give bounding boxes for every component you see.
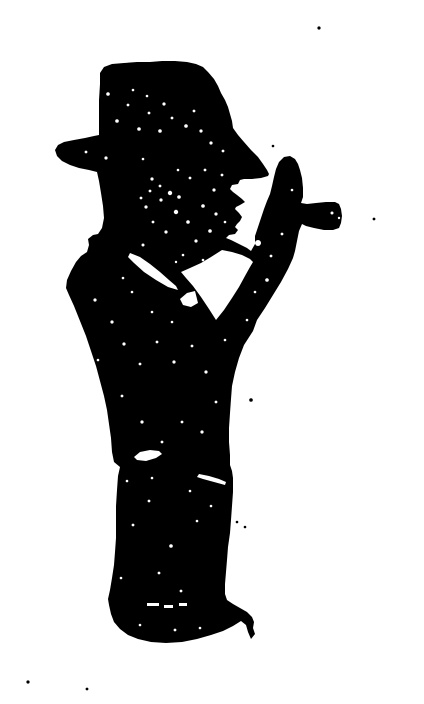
white-speck [120,577,123,580]
white-speck [254,291,257,294]
white-speck [215,401,218,404]
black-speck [26,680,29,683]
white-speck [184,124,188,128]
white-speck [208,229,212,233]
white-speck [174,629,177,632]
white-speck [140,197,143,200]
white-speck [168,191,172,195]
white-speck [199,627,202,630]
white-speck [144,205,147,208]
white-speck [159,198,162,201]
white-speck [221,174,224,177]
white-speck [122,342,125,345]
silhouette-svg [0,0,424,704]
white-speck [224,339,227,342]
white-speck [338,217,340,219]
white-speck [151,477,154,480]
white-speck [93,298,96,301]
white-speck [180,590,183,593]
white-speck [132,89,135,92]
white-speck [189,177,192,180]
white-speck [204,370,207,373]
white-speck [121,395,124,398]
white-speck [191,345,194,348]
white-speck [175,261,177,263]
white-speck [181,421,184,424]
white-speck [152,221,155,224]
white-speck [164,230,167,233]
white-speck [194,239,197,242]
black-speck [249,398,253,402]
white-speck [214,212,217,215]
white-speck [146,95,149,98]
white-speck [201,204,205,208]
scanned-illustration [0,0,424,704]
white-speck [150,177,153,180]
white-speck [159,185,162,188]
white-speck [177,169,180,172]
white-speck [189,490,192,493]
white-speck [148,112,151,115]
white-speck [209,141,212,144]
white-speck [139,624,142,627]
white-speck [142,244,145,247]
white-speck [171,117,174,120]
white-speck [106,92,110,96]
white-speck [151,311,154,314]
white-speck [196,520,199,523]
white-speck [174,210,178,214]
white-speck [110,320,113,323]
black-speck [86,688,89,691]
white-speck [122,277,125,280]
white-speck [171,321,174,324]
white-speck [172,360,175,363]
white-speck [139,363,142,366]
white-speck [270,255,273,258]
white-speck [177,195,181,199]
white-speck [148,500,151,503]
white-speck [115,119,119,123]
white-speck [186,220,190,224]
black-speck [317,26,320,29]
white-speck [199,129,202,132]
white-speck [222,150,225,153]
white-speck [200,430,203,433]
white-speck [131,291,134,294]
white-speck [104,156,107,159]
white-speck [246,319,249,322]
white-speck [255,240,261,246]
white-speck [132,524,135,527]
white-speck [169,544,173,548]
white-speck [281,233,284,236]
white-speck [156,341,159,344]
white-speck [85,151,88,154]
white-speck [142,158,145,161]
white-speck [161,441,164,444]
white-speck [149,190,152,193]
white-speck [162,102,165,105]
white-speck [210,505,213,508]
white-speck [204,169,207,172]
white-speck [158,572,161,575]
white-speck [291,189,294,192]
black-speck [272,145,275,148]
white-speck [97,359,100,362]
white-speck [140,420,143,423]
black-speck [373,218,376,221]
white-speck [193,110,196,113]
white-speck [202,259,205,262]
white-speck [127,104,130,107]
white-speck [137,127,141,131]
white-speck [126,480,129,483]
white-speck [212,188,215,191]
white-speck [224,221,227,224]
black-speck [244,526,247,529]
black-speck [236,521,239,524]
white-speck [158,129,162,133]
white-speck [182,254,185,257]
man-silhouette-path [55,61,342,643]
white-speck [265,278,269,282]
white-speck [204,299,207,302]
white-speck [331,212,334,215]
